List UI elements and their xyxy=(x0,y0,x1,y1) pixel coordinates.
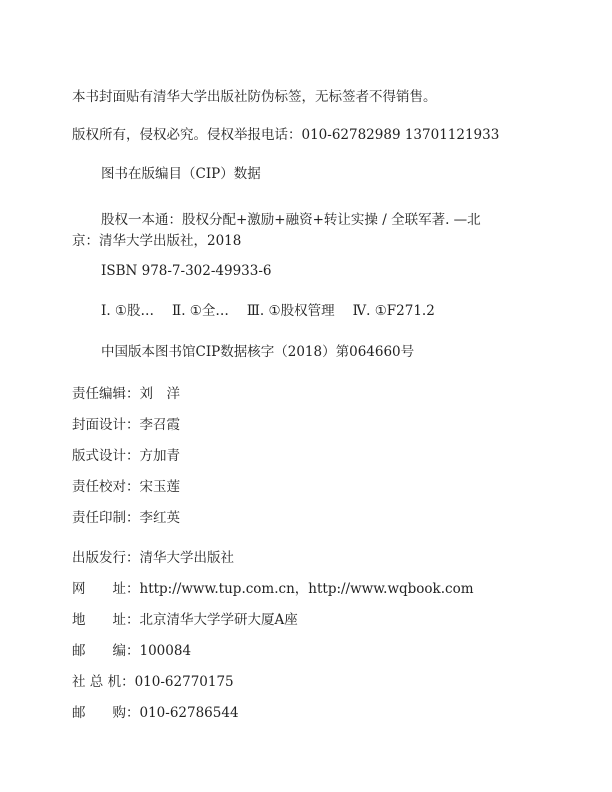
publisher-postcode: 邮 编：100084 xyxy=(72,642,191,660)
classification-item: Ⅳ. ①F271.2 xyxy=(353,302,435,320)
classification-item: Ⅱ. ①全… xyxy=(172,302,229,320)
publisher-issue: 出版发行：清华大学出版社 xyxy=(72,549,234,567)
isbn: ISBN 978-7-302-49933-6 xyxy=(101,262,272,280)
publisher-label: 出版发行： xyxy=(72,549,140,567)
publisher-mail-order: 邮 购：010-62786544 xyxy=(72,704,239,722)
credit-cover-design: 封面设计：李召霞 xyxy=(72,416,180,434)
credit-label: 封面设计： xyxy=(72,416,140,434)
cip-record-number: 中国版本图书馆CIP数据核字（2018）第064660号 xyxy=(101,343,414,361)
credit-value: 李召霞 xyxy=(140,417,181,433)
anti-counterfeit-notice: 本书封面贴有清华大学出版社防伪标签，无标签者不得销售。 xyxy=(72,88,437,106)
credit-label: 版式设计： xyxy=(72,447,140,465)
cip-entry-line-1: 股权一本通：股权分配+激励+融资+转让实操 / 全联军著. —北 xyxy=(101,211,481,229)
classification-item: Ⅰ. ①股… xyxy=(101,302,154,320)
publisher-address: 地 址：北京清华大学学研大厦A座 xyxy=(72,611,298,629)
publisher-value: 北京清华大学学研大厦A座 xyxy=(140,612,298,628)
publisher-label: 邮 编： xyxy=(72,642,140,660)
publisher-value: 100084 xyxy=(140,643,192,659)
publisher-label: 网 址： xyxy=(72,580,140,598)
publisher-value: 010-62786544 xyxy=(140,705,239,721)
credit-value: 刘 洋 xyxy=(140,386,181,402)
credit-label: 责任印制： xyxy=(72,509,140,527)
copyright-statement: 版权所有，侵权必究。侵权举报电话：010-62782989 1370112193… xyxy=(72,126,499,144)
cip-entry-line-2: 京：清华大学出版社，2018 xyxy=(72,232,241,250)
credit-layout-design: 版式设计：方加青 xyxy=(72,447,180,465)
credit-editor: 责任编辑：刘 洋 xyxy=(72,385,180,403)
credit-printing: 责任印制：李红英 xyxy=(72,509,180,527)
publisher-value: 清华大学出版社 xyxy=(140,550,235,566)
credit-label: 责任编辑： xyxy=(72,385,140,403)
publisher-label: 地 址： xyxy=(72,611,140,629)
classification-item: Ⅲ. ①股权管理 xyxy=(247,302,335,320)
publisher-switchboard: 社 总 机：010-62770175 xyxy=(72,673,234,691)
publisher-label: 社 总 机： xyxy=(72,673,135,691)
cip-heading: 图书在版编目（CIP）数据 xyxy=(101,165,261,183)
credit-value: 宋玉莲 xyxy=(140,479,181,495)
publisher-website: 网 址：http://www.tup.com.cn，http://www.wqb… xyxy=(72,580,474,598)
website-links[interactable]: http://www.tup.com.cn，http://www.wqbook.… xyxy=(140,581,474,597)
credit-value: 李红英 xyxy=(140,510,181,526)
publisher-label: 邮 购： xyxy=(72,704,140,722)
cip-classification: Ⅰ. ①股…Ⅱ. ①全…Ⅲ. ①股权管理Ⅳ. ①F271.2 xyxy=(101,302,435,320)
credit-proofreader: 责任校对：宋玉莲 xyxy=(72,478,180,496)
credit-label: 责任校对： xyxy=(72,478,140,496)
publisher-value: 010-62770175 xyxy=(135,674,234,690)
credit-value: 方加青 xyxy=(140,448,181,464)
